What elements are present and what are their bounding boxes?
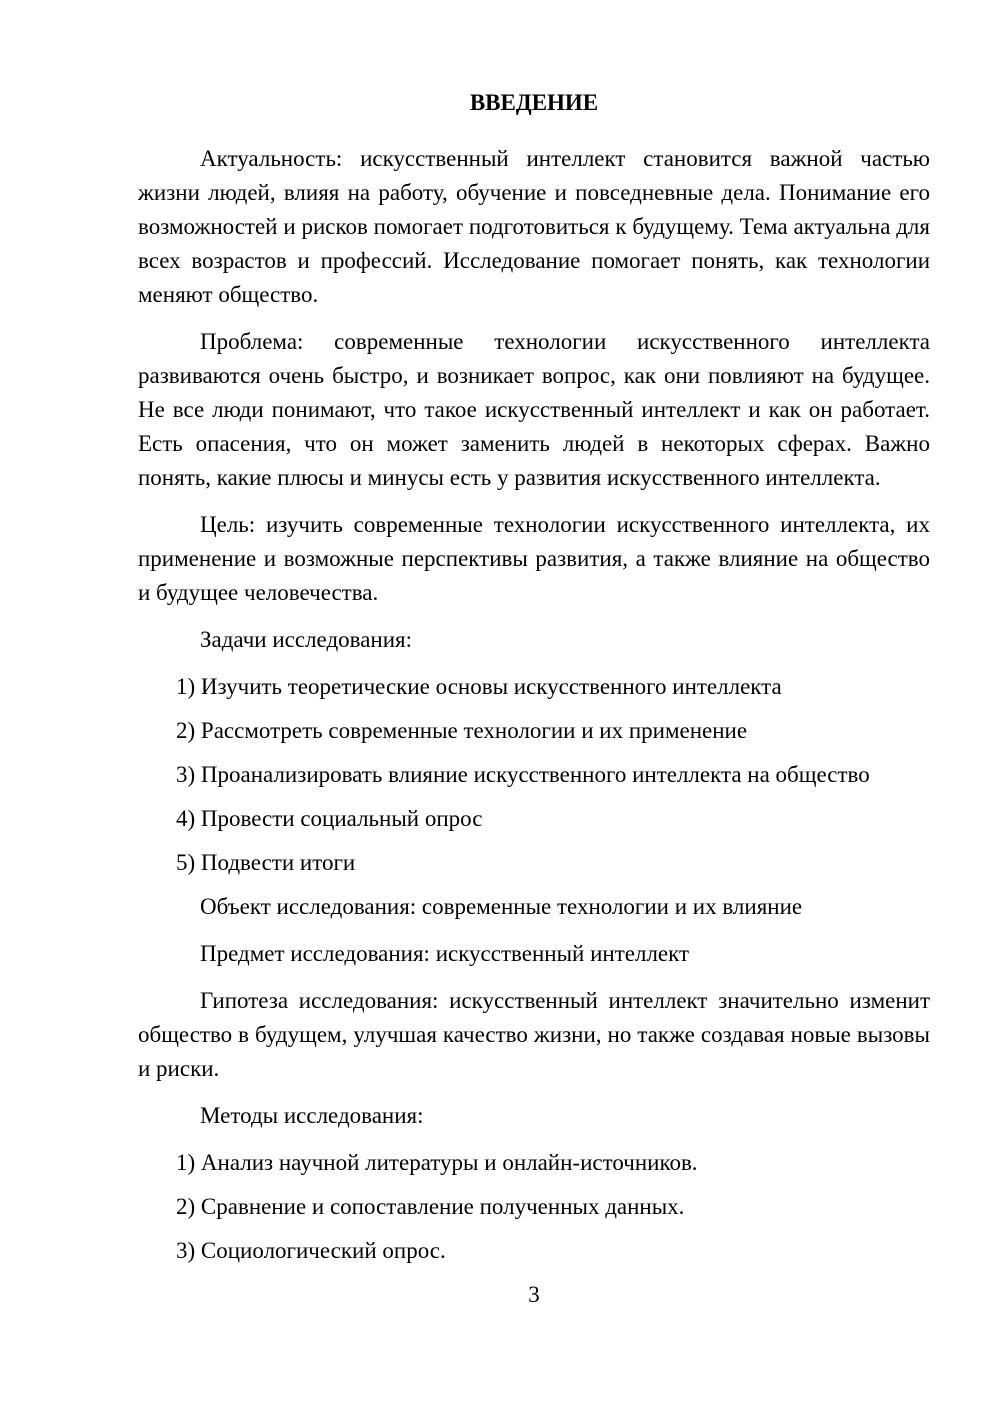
paragraph-problem: Проблема: современные технологии искусст…: [138, 325, 930, 495]
paragraph-subject: Предмет исследования: искусственный инте…: [138, 937, 930, 971]
task-item-4: 4) Провести социальный опрос: [138, 802, 930, 836]
method-item-2: 2) Сравнение и сопоставление полученных …: [138, 1190, 930, 1224]
paragraph-goal: Цель: изучить современные технологии иск…: [138, 508, 930, 610]
method-item-1: 1) Анализ научной литературы и онлайн-ис…: [138, 1146, 930, 1180]
tasks-heading: Задачи исследования:: [138, 623, 930, 657]
page-number: 3: [138, 1278, 930, 1312]
paragraph-object: Объект исследования: современные техноло…: [138, 890, 930, 924]
task-item-3: 3) Проанализировать влияние искусственно…: [138, 758, 930, 792]
paragraph-relevance: Актуальность: искусственный интеллект ст…: [138, 142, 930, 312]
task-item-2: 2) Рассмотреть современные технологии и …: [138, 714, 930, 748]
task-item-1: 1) Изучить теоретические основы искусств…: [138, 670, 930, 704]
document-page: ВВЕДЕНИЕ Актуальность: искусственный инт…: [0, 0, 1000, 1414]
document-title: ВВЕДЕНИЕ: [138, 86, 930, 120]
methods-heading: Методы исследования:: [138, 1099, 930, 1133]
task-item-5: 5) Подвести итоги: [138, 846, 930, 880]
paragraph-hypothesis: Гипотеза исследования: искусственный инт…: [138, 984, 930, 1086]
method-item-3: 3) Социологический опрос.: [138, 1234, 930, 1268]
